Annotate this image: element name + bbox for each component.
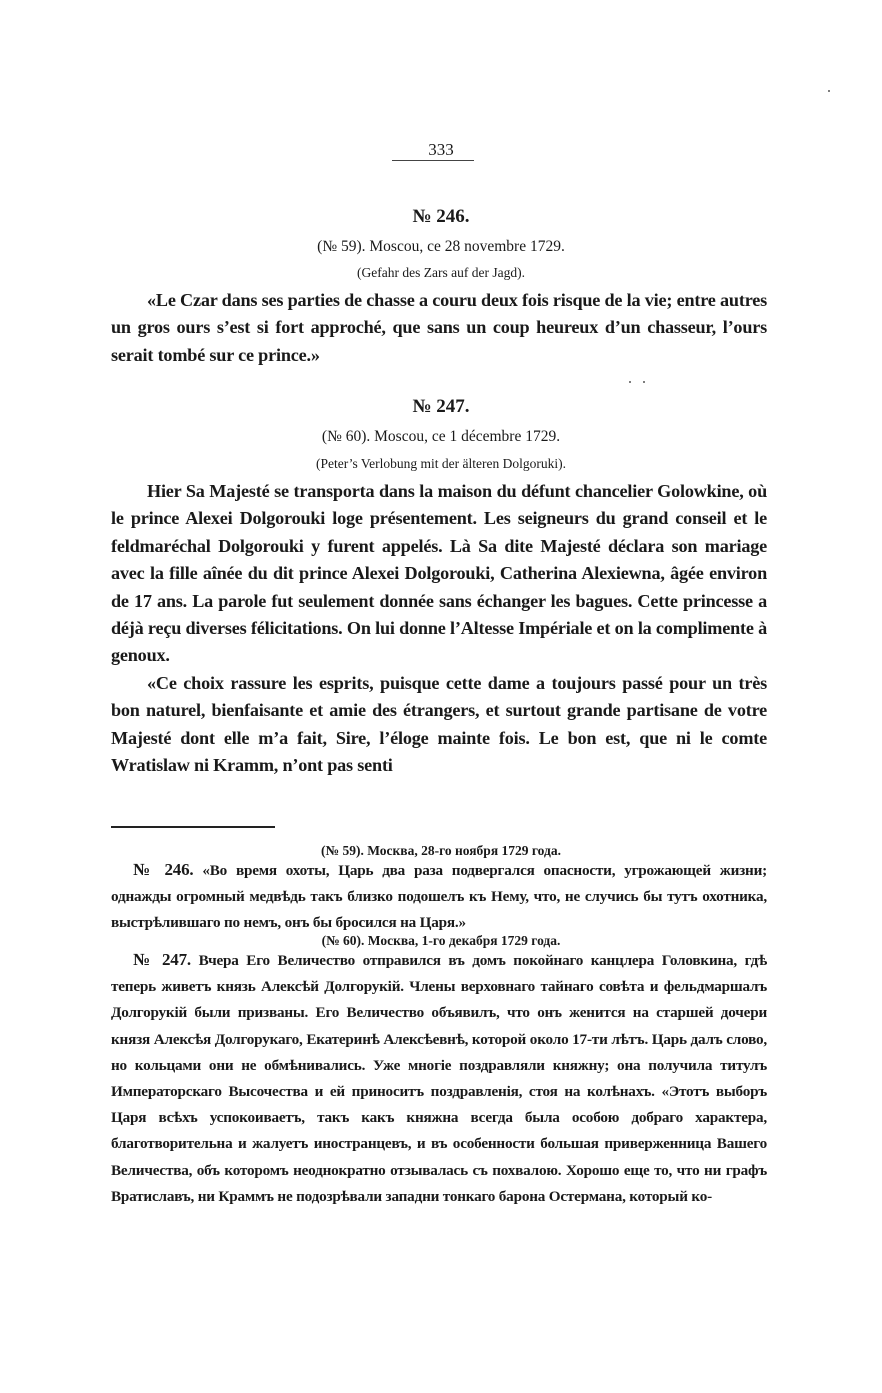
footnote-number: № 247.: [133, 950, 191, 969]
entry-subtitle-246: (Gefahr des Zars auf der Jagd).: [0, 265, 882, 281]
paragraph: «Ce choix rassure les esprits, puisque c…: [111, 670, 767, 780]
footnote-divider: [111, 826, 275, 828]
entry-meta-246: (№ 59). Moscou, ce 28 novembre 1729.: [0, 238, 882, 256]
footnote-247: № 247. Вчера Его Величество отправился в…: [111, 947, 767, 1210]
page-number-rule: [392, 160, 474, 161]
scan-speck: [643, 381, 645, 383]
footnote-text: Вчера Его Величество отправился въ домъ …: [111, 952, 767, 1205]
entry-heading-246: № 246.: [0, 206, 882, 228]
entry-subtitle-247: (Peter’s Verlobung mit der älteren Dolgo…: [0, 456, 882, 472]
entry-heading-247: № 247.: [0, 396, 882, 418]
page-number: 333: [0, 140, 882, 160]
scan-speck: [828, 90, 830, 92]
paragraph: «Le Czar dans ses parties de chasse a co…: [111, 287, 767, 369]
footnote-text: «Во время охоты, Царь два раза подвергал…: [111, 862, 767, 931]
paragraph: Hier Sa Majesté se transporta dans la ma…: [111, 478, 767, 670]
entry-meta-247: (№ 60). Moscou, ce 1 décembre 1729.: [0, 428, 882, 446]
footnote-246: № 246. «Во время охоты, Царь два раза по…: [111, 857, 767, 937]
entry-body-247: Hier Sa Majesté se transporta dans la ma…: [111, 478, 767, 779]
scan-speck: [629, 381, 631, 383]
footnote-number: № 246.: [133, 860, 193, 879]
entry-body-246: «Le Czar dans ses parties de chasse a co…: [111, 287, 767, 369]
